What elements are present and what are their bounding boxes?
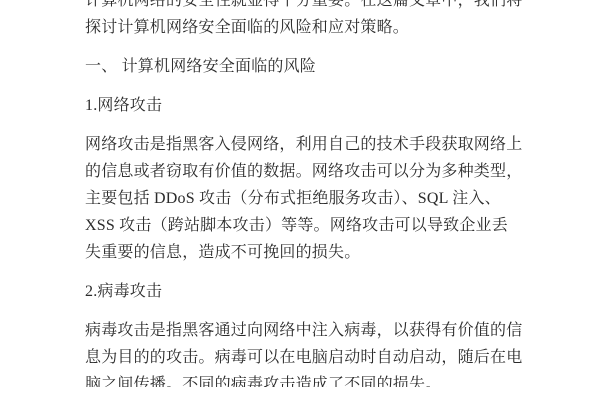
- article-page: 计算机网络的安全性就显得十分重要。在这篇文章中，我们将 探讨计算机网络安全面临的…: [0, 0, 600, 387]
- subsection-heading-virus-attack: 2.病毒攻击: [85, 278, 532, 305]
- paragraph-virus-attack: 病毒攻击是指黑客通过向网络中注入病毒，以获得有价值的信 息为目的的攻击。病毒可以…: [85, 317, 532, 387]
- subsection-heading-network-attack: 1.网络攻击: [85, 92, 532, 119]
- paragraph-network-attack: 网络攻击是指黑客入侵网络，利用自己的技术手段获取网络上 的信息或者窃取有价值的数…: [85, 131, 532, 266]
- intro-paragraph: 计算机网络的安全性就显得十分重要。在这篇文章中，我们将 探讨计算机网络安全面临的…: [85, 0, 532, 41]
- section-heading-risks: 一、 计算机网络安全面临的风险: [85, 53, 532, 80]
